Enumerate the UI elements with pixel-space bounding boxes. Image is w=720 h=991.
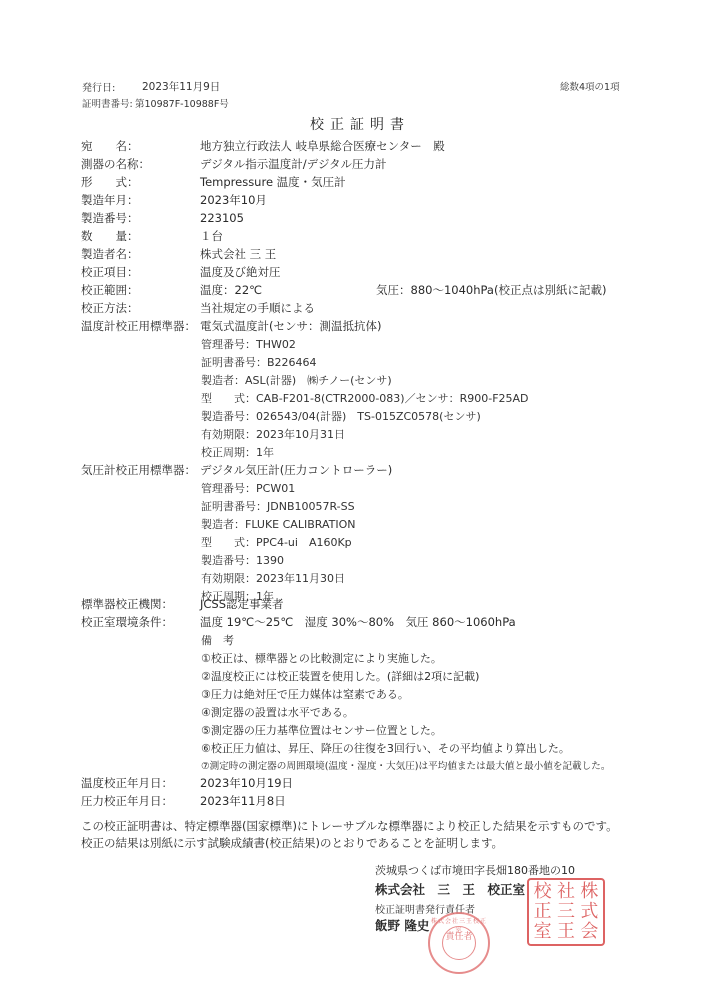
cert-number-label: 証明書番号: <box>82 96 133 110</box>
field-value: 2023年10月19日 <box>200 775 293 792</box>
issuer-name: 飯野 隆史 <box>375 916 429 934</box>
seal-char: 株 <box>578 883 601 901</box>
temp-std-detail: 有効期限：2023年10月31日 <box>201 426 345 443</box>
certification-statement: この校正証明書は、特定標準器(国家標準)にトレーサブルな標準器により校正した結果… <box>81 818 618 835</box>
seal-char: 社 <box>554 883 577 901</box>
field-label: 校正範囲： <box>81 282 139 299</box>
temp-std-detail: 証明書番号：B226464 <box>201 354 317 371</box>
seal-char: 会 <box>578 923 601 941</box>
field-value: 温度 19℃～25℃ 湿度 30%～80% 気圧 860～1060hPa <box>200 614 516 631</box>
field-label: 校正方法： <box>81 300 139 317</box>
seal-char: 室 <box>531 923 554 941</box>
field-label: 圧力校正年月日： <box>81 793 173 810</box>
field-label: 測器の名称： <box>81 156 150 173</box>
remarks-title: 備 考 <box>201 632 234 649</box>
pressure-std-detail: 有効期限：2023年11月30日 <box>201 570 345 587</box>
field-value: JCSS認定事業者 <box>200 596 284 613</box>
field-value: １台 <box>200 228 223 245</box>
pressure-std-detail: 製造者：FLUKE CALIBRATION <box>201 516 355 533</box>
field-value: 電気式温度計(センサ：測温抵抗体) <box>200 318 381 335</box>
seal-char: 正 <box>531 903 554 921</box>
field-label: 製造番号： <box>81 210 139 227</box>
seal-char: 三 <box>554 903 577 921</box>
pressure-std-detail: 管理番号：PCW01 <box>201 480 295 497</box>
field-value: 地方独立行政法人 岐阜県総合医療センター 殿 <box>200 138 445 155</box>
temp-std-detail: 型 式：CAB-F201-8(CTR2000-083)／センサ：R900-F25… <box>201 390 529 407</box>
temp-std-detail: 管理番号：THW02 <box>201 336 296 353</box>
seal-char: 王 <box>554 923 577 941</box>
field-label: 温度計校正用標準器： <box>81 318 196 335</box>
certification-statement: 校正の結果は別紙に示す試験成績書(校正結果)のとおりであることを証明します。 <box>81 835 503 852</box>
seal-center-text: 責任者 <box>442 926 476 960</box>
issue-date-label: 発行日: <box>82 79 115 94</box>
remark-item: ⑦測定時の測定器の周囲環境(温度・湿度・大気圧)は平均値または最大値と最小値を記… <box>201 758 610 775</box>
field-value: デジタル指示温度計/デジタル圧力計 <box>200 156 387 173</box>
remark-item: ③圧力は絶対圧で圧力媒体は窒素である。 <box>201 686 409 703</box>
field-label: 標準器校正機関： <box>81 596 173 613</box>
field-label: 製造年月： <box>81 192 139 209</box>
field-label: 形 式： <box>81 174 139 191</box>
field-label: 数 量： <box>81 228 139 245</box>
field-value: 温度及び絶対圧 <box>200 264 281 281</box>
seal-char: 校 <box>531 883 554 901</box>
field-label: 温度校正年月日： <box>81 775 173 792</box>
issuer-address: 茨城県つくば市境田字長畑180番地の10 <box>375 862 575 878</box>
issue-date: 2023年11月9日 <box>142 79 220 94</box>
field-value: 2023年11月8日 <box>200 793 286 810</box>
field-label: 校正項目： <box>81 264 139 281</box>
field-label: 宛 名： <box>81 138 139 155</box>
remark-item: ④測定器の設置は水平である。 <box>201 704 354 721</box>
field-value: デジタル気圧計(圧力コントローラー) <box>200 462 392 479</box>
pressure-std-detail: 証明書番号：JDNB10057R-SS <box>201 498 355 515</box>
remark-item: ①校正は、標準器との比較測定により実施した。 <box>201 650 442 667</box>
cert-number: 第10987F-10988F号 <box>135 96 229 110</box>
page-info: 総数4項の1項 <box>560 79 620 93</box>
company-seal-stamp: 校 社 株 正 三 式 室 王 会 <box>527 878 605 946</box>
pressure-std-detail: 型 式：PPC4-ui A160Kp <box>201 534 352 551</box>
field-value: 2023年10月 <box>200 192 267 209</box>
field-label: 気圧計校正用標準器： <box>81 462 196 479</box>
field-label: 製造者名： <box>81 246 139 263</box>
issuer-company: 株式会社 三 王 校正室 <box>375 880 525 898</box>
field-label: 校正室環境条件： <box>81 614 173 631</box>
temp-std-detail: 製造番号：026543/04(計器) TS-015ZC0578(センサ) <box>201 408 481 425</box>
temp-std-detail: 校正周期：1年 <box>201 444 274 461</box>
round-seal-stamp: 株式会社三王校正室 責任者 <box>428 912 490 974</box>
remark-item: ⑤測定器の圧力基準位置はセンサー位置とした。 <box>201 722 442 739</box>
pressure-std-detail: 製造番号：1390 <box>201 552 284 569</box>
remark-item: ⑥校正圧力値は、昇圧、降圧の往復を3回行い、その平均値より算出した。 <box>201 740 570 757</box>
field-value-pressure: 気圧：880～1040hPa(校正点は別紙に記載) <box>376 282 606 299</box>
field-value: 当社規定の手順による <box>200 300 315 317</box>
field-value: 株式会社 三 王 <box>200 246 276 263</box>
field-calibration-range: 校正範囲： 温度：22℃ 気圧：880～1040hPa(校正点は別紙に記載) <box>81 282 641 299</box>
temp-std-detail: 製造者：ASL(計器) ㈱チノー(センサ) <box>201 372 392 389</box>
field-value: Tempressure 温度・気圧計 <box>200 174 346 191</box>
field-value: 223105 <box>200 210 244 227</box>
remark-item: ②温度校正には校正装置を使用した。(詳細は2項に記載) <box>201 668 479 685</box>
document-title: 校正証明書 <box>0 114 720 134</box>
field-value: 温度：22℃ <box>200 282 262 299</box>
seal-char: 式 <box>578 903 601 921</box>
